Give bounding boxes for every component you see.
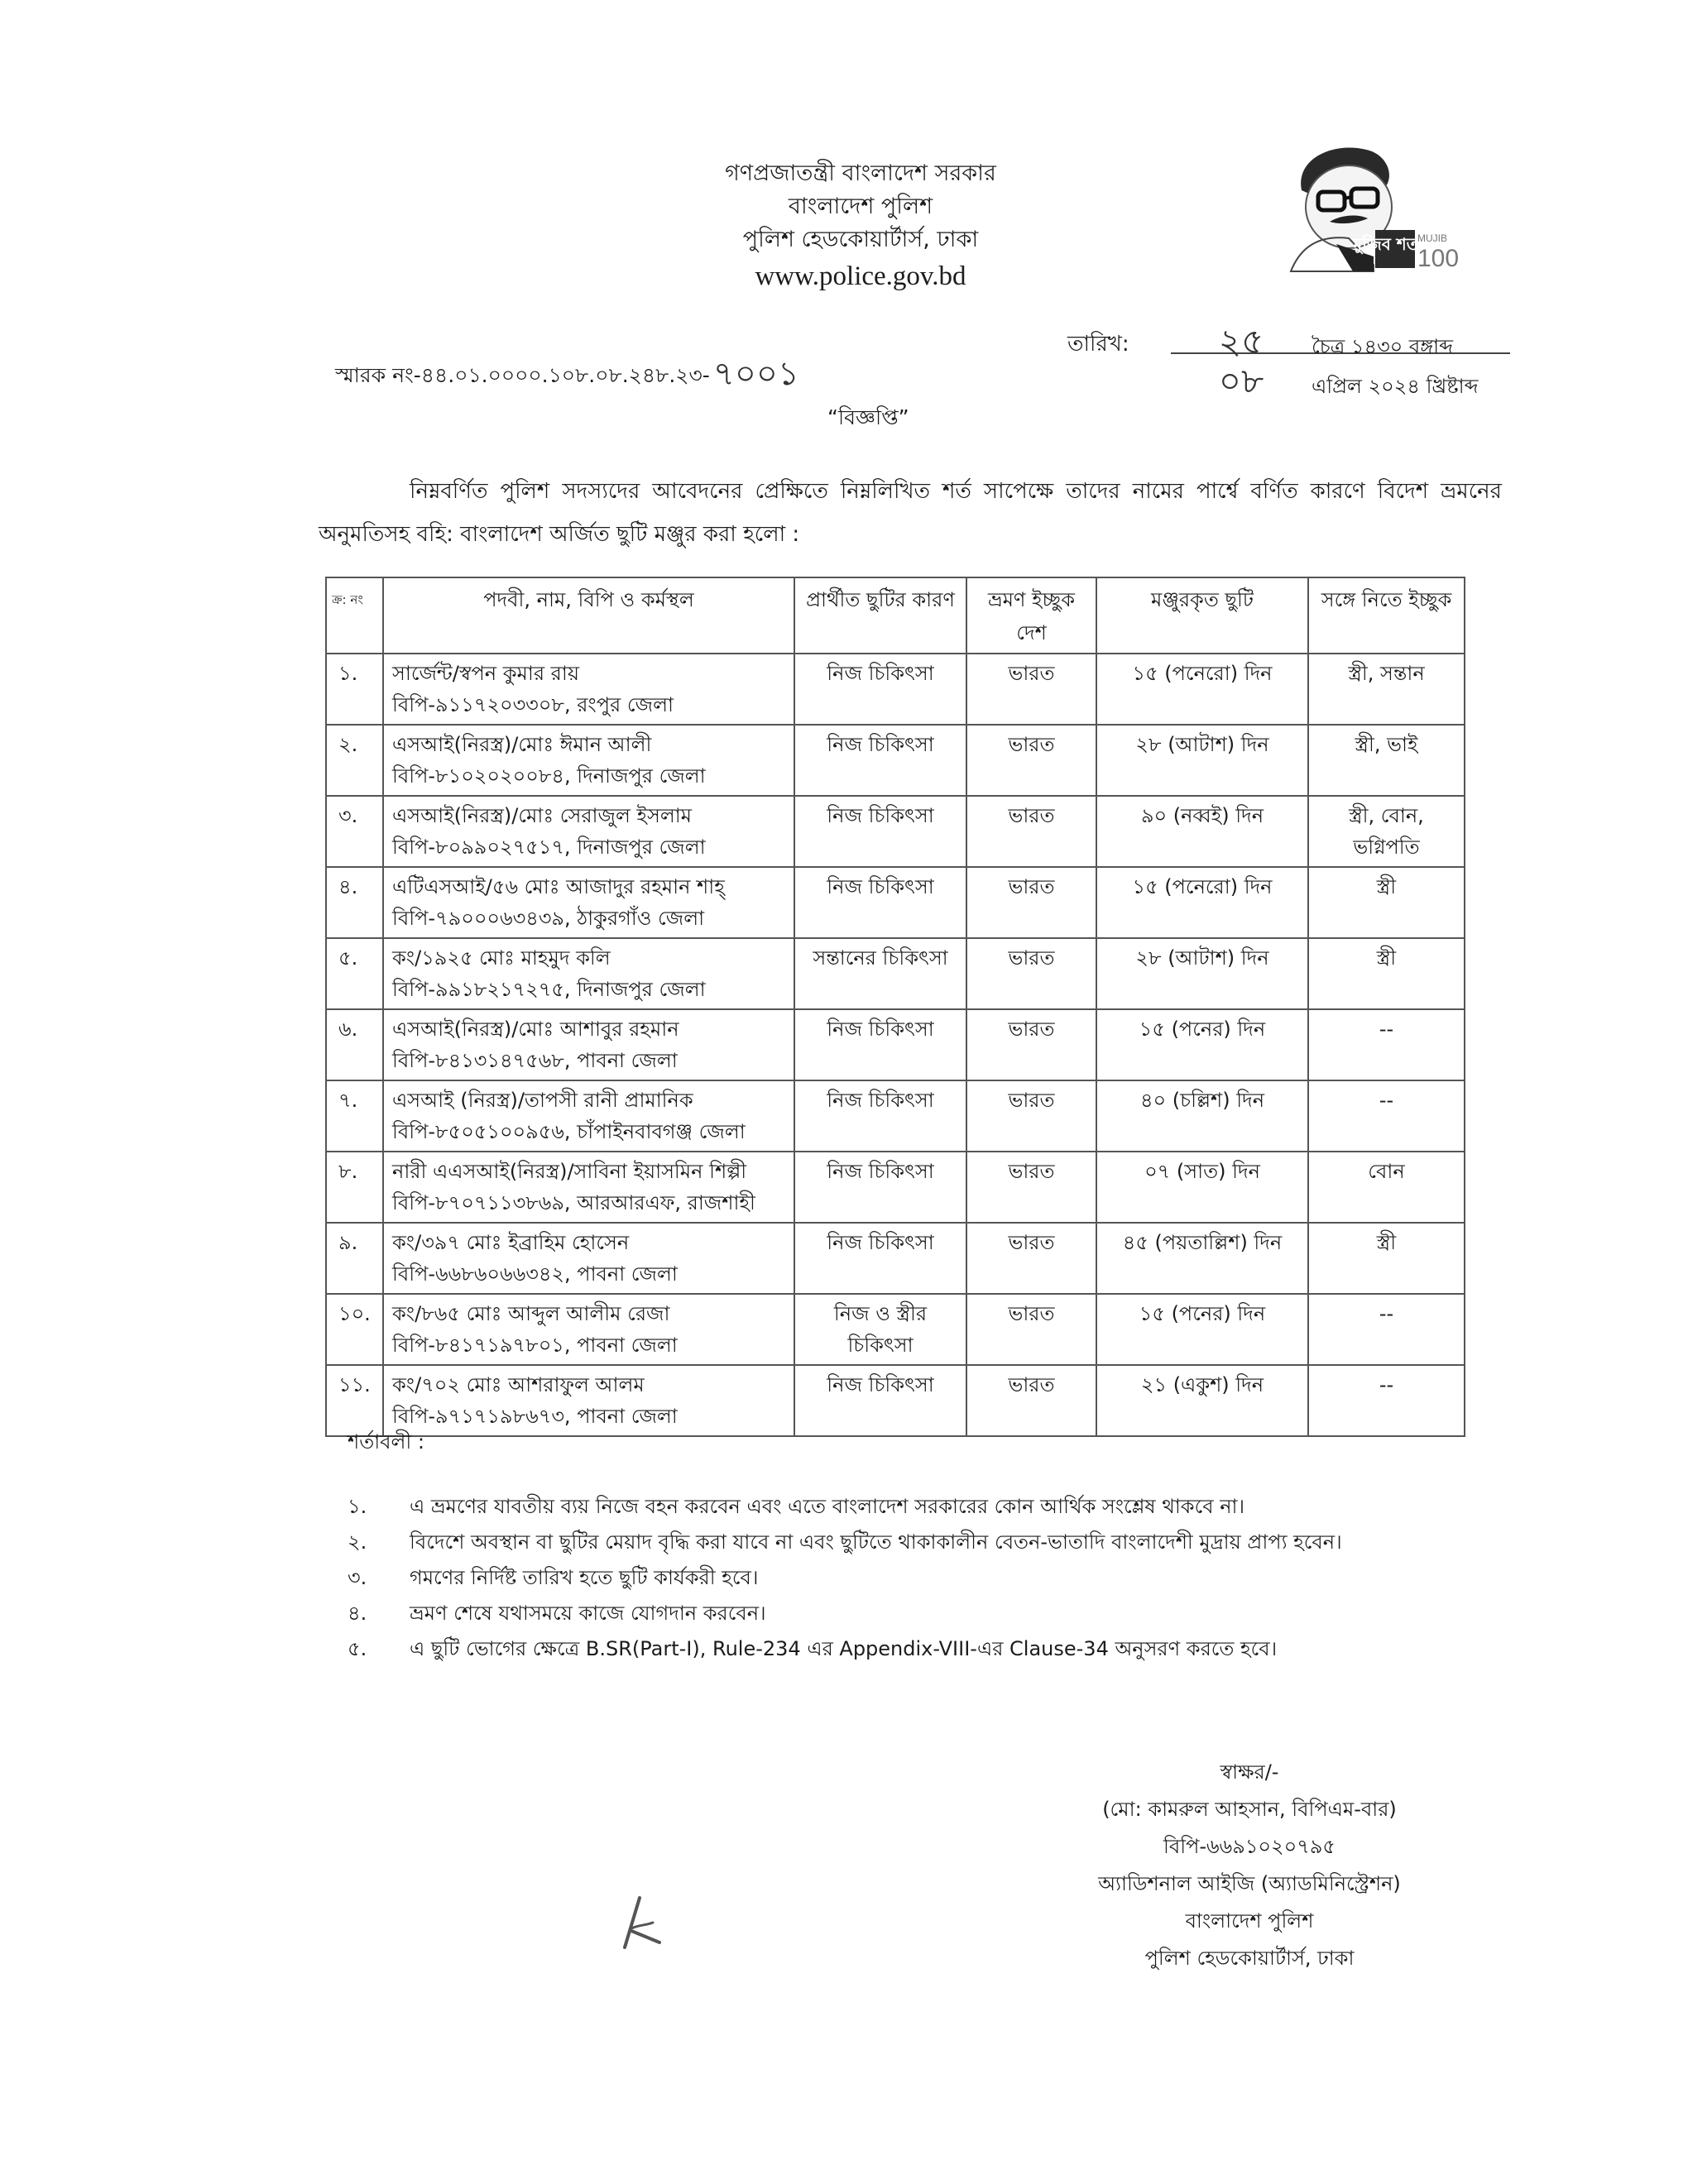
- leave-cell: ২১ (একুশ) দিন: [1096, 1365, 1308, 1436]
- bangla-date: চৈত্র ১৪৩০ বঙ্গাব্দ: [1312, 332, 1453, 365]
- condition-item: ৩.গমণের নির্দিষ্ট তারিখ হতে ছুটি কার্যকর…: [348, 1560, 1423, 1596]
- country-cell: ভারত: [966, 654, 1096, 725]
- member-bp-workplace: বিপি-৯১১৭২০৩৩০৮, রংপুর জেলা: [392, 689, 785, 721]
- member-bp-workplace: বিপি-৭৯০০০৬৩৪৩৯, ঠাকুরগাঁও জেলা: [392, 903, 785, 934]
- condition-number: ৩.: [348, 1560, 410, 1596]
- condition-number: ২.: [348, 1525, 410, 1560]
- condition-item: ৪.ভ্রমণ শেষে যথাসময়ে কাজে যোগদান করবেন।: [348, 1596, 1423, 1631]
- name-cell: সার্জেন্ট/স্বপন কুমার রায়বিপি-৯১১৭২০৩৩০…: [383, 654, 794, 725]
- condition-text: ভ্রমণ শেষে যথাসময়ে কাজে যোগদান করবেন।: [410, 1596, 766, 1631]
- serial-cell: ৫.: [326, 938, 383, 1009]
- member-bp-workplace: বিপি-৮৫০৫১০০৯৫৬, চাঁপাইনবাবগঞ্জ জেলা: [392, 1116, 785, 1147]
- companion-cell: স্ত্রী: [1308, 938, 1465, 1009]
- member-rank-name: এসআই(নিরস্ত্র)/মোঃ আশাবুর রহমান: [392, 1013, 785, 1045]
- leave-cell: ২৮ (আটাশ) দিন: [1096, 938, 1308, 1009]
- country-cell: ভারত: [966, 1009, 1096, 1080]
- companion-cell: স্ত্রী, সন্তান: [1308, 654, 1465, 725]
- table-row: ৬.এসআই(নিরস্ত্র)/মোঃ আশাবুর রহমানবিপি-৮৪…: [326, 1009, 1465, 1080]
- date-label: তারিখ:: [1067, 327, 1129, 363]
- conditions-title: শর্তাবলী :: [348, 1427, 424, 1460]
- reason-cell: নিজ ও স্ত্রীর চিকিৎসা: [794, 1294, 966, 1365]
- member-rank-name: নারী এএসআই(নিরস্ত্র)/সাবিনা ইয়াসমিন শিল…: [392, 1156, 785, 1187]
- signatory-office: পুলিশ হেডকোয়ার্টার্স, ঢাকা: [1067, 1940, 1431, 1977]
- name-cell: নারী এএসআই(নিরস্ত্র)/সাবিনা ইয়াসমিন শিল…: [383, 1152, 794, 1223]
- table-row: ৮.নারী এএসআই(নিরস্ত্র)/সাবিনা ইয়াসমিন শ…: [326, 1152, 1465, 1223]
- leave-cell: ১৫ (পনেরো) দিন: [1096, 654, 1308, 725]
- table-row: ৫.কং/১৯২৫ মোঃ মাহমুদ কলিবিপি-৯৯১৮২১৭২৭৫,…: [326, 938, 1465, 1009]
- leave-cell: ১৫ (পনের) দিন: [1096, 1294, 1308, 1365]
- name-cell: এটিএসআই/৫৬ মোঃ আজাদুর রহমান শাহ্বিপি-৭৯০…: [383, 867, 794, 938]
- serial-cell: ৬.: [326, 1009, 383, 1080]
- header-name: পদবী, নাম, বিপি ও কর্মস্থল: [383, 577, 794, 654]
- companion-cell: বোন: [1308, 1152, 1465, 1223]
- reason-cell: নিজ চিকিৎসা: [794, 1080, 966, 1152]
- english-day: ০৮: [1171, 354, 1312, 413]
- signatory-designation: অ্যাডিশনাল আইজি (অ্যাডমিনিস্ট্রেশন): [1067, 1865, 1431, 1903]
- handwritten-initial-icon: [616, 1894, 674, 1952]
- condition-item: ১.এ ভ্রমণের যাবতীয় ব্যয় নিজে বহন করবেন…: [348, 1489, 1423, 1525]
- serial-cell: ৯.: [326, 1223, 383, 1294]
- leave-cell: ৯০ (নব্বই) দিন: [1096, 796, 1308, 867]
- reason-cell: নিজ চিকিৎসা: [794, 1009, 966, 1080]
- memo-handwritten-number: ৭০০১: [713, 355, 799, 393]
- english-date: এপ্রিল ২০২৪ খ্রিষ্টাব্দ: [1312, 371, 1479, 405]
- member-bp-workplace: বিপি-৮১০২০২০০৮৪, দিনাজপুর জেলা: [392, 760, 785, 792]
- companion-cell: স্ত্রী: [1308, 1223, 1465, 1294]
- name-cell: এসআই(নিরস্ত্র)/মোঃ সেরাজুল ইসলামবিপি-৮০৯…: [383, 796, 794, 867]
- serial-cell: ৮.: [326, 1152, 383, 1223]
- member-bp-workplace: বিপি-৯৭১৭১৯৮৬৭৩, পাবনা জেলা: [392, 1401, 785, 1432]
- companion-cell: --: [1308, 1365, 1465, 1436]
- leave-cell: ১৫ (পনের) দিন: [1096, 1009, 1308, 1080]
- country-cell: ভারত: [966, 1294, 1096, 1365]
- signature-block: স্বাক্ষর/- (মো: কামরুল আহসান, বিপিএম-বার…: [1067, 1754, 1431, 1977]
- reason-cell: নিজ চিকিৎসা: [794, 867, 966, 938]
- mujib-100-logo-icon: মুজিব শতবর্ষ MUJIB 100: [1270, 141, 1469, 273]
- condition-text: বিদেশে অবস্থান বা ছুটির মেয়াদ বৃদ্ধি কর…: [410, 1525, 1342, 1560]
- country-cell: ভারত: [966, 1223, 1096, 1294]
- member-rank-name: এসআই(নিরস্ত্র)/মোঃ ঈমান আলী: [392, 729, 785, 760]
- companion-cell: --: [1308, 1009, 1465, 1080]
- condition-number: ৪.: [348, 1596, 410, 1631]
- table-row: ৭.এসআই (নিরস্ত্র)/তাপসী রানী প্রামানিকবি…: [326, 1080, 1465, 1152]
- table-row: ৩.এসআই(নিরস্ত্র)/মোঃ সেরাজুল ইসলামবিপি-৮…: [326, 796, 1465, 867]
- country-cell: ভারত: [966, 1365, 1096, 1436]
- govt-name: গণপ্রজাতন্ত্রী বাংলাদেশ সরকার: [579, 157, 1142, 190]
- memo-label: স্মারক নং-৪৪.০১.০০০০.১০৮.০৮.২৪৮.২৩-: [335, 363, 710, 387]
- signatory-org: বাংলাদেশ পুলিশ: [1067, 1903, 1431, 1940]
- member-rank-name: কং/৭০২ মোঃ আশরাফুল আলম: [392, 1369, 785, 1401]
- member-rank-name: সার্জেন্ট/স্বপন কুমার রায়: [392, 658, 785, 689]
- table-row: ৯.কং/৩৯৭ মোঃ ইব্রাহিম হোসেনবিপি-৬৬৮৬০৬৬৩…: [326, 1223, 1465, 1294]
- condition-number: ১.: [348, 1489, 410, 1525]
- serial-cell: ২.: [326, 725, 383, 796]
- letterhead: গণপ্রজাতন্ত্রী বাংলাদেশ সরকার বাংলাদেশ প…: [579, 157, 1142, 295]
- name-cell: কং/৩৯৭ মোঃ ইব্রাহিম হোসেনবিপি-৬৬৮৬০৬৬৩৪২…: [383, 1223, 794, 1294]
- signatory-bp: বিপি-৬৬৯১০২০৭৯৫: [1067, 1828, 1431, 1865]
- leave-cell: ৪৫ (পয়তাল্লিশ) দিন: [1096, 1223, 1308, 1294]
- leave-cell: ৪০ (চল্লিশ) দিন: [1096, 1080, 1308, 1152]
- name-cell: এসআই (নিরস্ত্র)/তাপসী রানী প্রামানিকবিপি…: [383, 1080, 794, 1152]
- companion-cell: স্ত্রী, বোন, ভগ্নিপতি: [1308, 796, 1465, 867]
- table-row: ৪.এটিএসআই/৫৬ মোঃ আজাদুর রহমান শাহ্বিপি-৭…: [326, 867, 1465, 938]
- country-cell: ভারত: [966, 1080, 1096, 1152]
- svg-text:MUJIB: MUJIB: [1417, 232, 1447, 244]
- country-cell: ভারত: [966, 938, 1096, 1009]
- member-rank-name: এসআই(নিরস্ত্র)/মোঃ সেরাজুল ইসলাম: [392, 800, 785, 831]
- office-name: পুলিশ হেডকোয়ার্টার্স, ঢাকা: [579, 223, 1142, 256]
- member-bp-workplace: বিপি-৮৭০৭১১৩৮৬৯, আরআরএফ, রাজশাহী: [392, 1187, 785, 1219]
- header-reason: প্রার্থীত ছুটির কারণ: [794, 577, 966, 654]
- table-row: ১০.কং/৮৬৫ মোঃ আব্দুল আলীম রেজাবিপি-৮৪১৭১…: [326, 1294, 1465, 1365]
- member-rank-name: কং/১৯২৫ মোঃ মাহমুদ কলি: [392, 942, 785, 974]
- reason-cell: নিজ চিকিৎসা: [794, 796, 966, 867]
- serial-cell: ১.: [326, 654, 383, 725]
- companion-cell: --: [1308, 1294, 1465, 1365]
- svg-text:100: 100: [1417, 245, 1459, 272]
- intro-paragraph: নিম্নবর্ণিত পুলিশ সদস্যদের আবেদনের প্রেক…: [319, 470, 1502, 556]
- name-cell: কং/১৯২৫ মোঃ মাহমুদ কলিবিপি-৯৯১৮২১৭২৭৫, দ…: [383, 938, 794, 1009]
- country-cell: ভারত: [966, 796, 1096, 867]
- reason-cell: নিজ চিকিৎসা: [794, 1365, 966, 1436]
- member-bp-workplace: বিপি-৮০৯৯০২৭৫১৭, দিনাজপুর জেলা: [392, 831, 785, 863]
- reason-cell: সন্তানের চিকিৎসা: [794, 938, 966, 1009]
- serial-cell: ৪.: [326, 867, 383, 938]
- table-row: ১১.কং/৭০২ মোঃ আশরাফুল আলমবিপি-৯৭১৭১৯৮৬৭৩…: [326, 1365, 1465, 1436]
- memo-number: স্মারক নং-৪৪.০১.০০০০.১০৮.০৮.২৪৮.২৩-৭০০১: [335, 347, 799, 403]
- leave-cell: ২৮ (আটাশ) দিন: [1096, 725, 1308, 796]
- condition-item: ২.বিদেশে অবস্থান বা ছুটির মেয়াদ বৃদ্ধি …: [348, 1525, 1423, 1560]
- country-cell: ভারত: [966, 1152, 1096, 1223]
- reason-cell: নিজ চিকিৎসা: [794, 1223, 966, 1294]
- name-cell: কং/৭০২ মোঃ আশরাফুল আলমবিপি-৯৭১৭১৯৮৬৭৩, প…: [383, 1365, 794, 1436]
- serial-cell: ১১.: [326, 1365, 383, 1436]
- member-rank-name: এটিএসআই/৫৬ মোঃ আজাদুর রহমান শাহ্: [392, 871, 785, 903]
- member-bp-workplace: বিপি-৯৯১৮২১৭২৭৫, দিনাজপুর জেলা: [392, 974, 785, 1005]
- signed-mark: স্বাক্ষর/-: [1067, 1754, 1431, 1791]
- serial-cell: ১০.: [326, 1294, 383, 1365]
- conditions-list: ১.এ ভ্রমণের যাবতীয় ব্যয় নিজে বহন করবেন…: [348, 1489, 1423, 1667]
- condition-text: গমণের নির্দিষ্ট তারিখ হতে ছুটি কার্যকরী …: [410, 1560, 758, 1596]
- serial-cell: ৭.: [326, 1080, 383, 1152]
- name-cell: এসআই(নিরস্ত্র)/মোঃ আশাবুর রহমানবিপি-৮৪১৩…: [383, 1009, 794, 1080]
- reason-cell: নিজ চিকিৎসা: [794, 1152, 966, 1223]
- notice-title: “বিজ্ঞপ্তি”: [827, 401, 909, 437]
- table-row: ২.এসআই(নিরস্ত্র)/মোঃ ঈমান আলীবিপি-৮১০২০২…: [326, 725, 1465, 796]
- member-bp-workplace: বিপি-৮৪১৩১৪৭৫৬৮, পাবনা জেলা: [392, 1045, 785, 1076]
- member-rank-name: কং/৩৯৭ মোঃ ইব্রাহিম হোসেন: [392, 1227, 785, 1258]
- companion-cell: স্ত্রী: [1308, 867, 1465, 938]
- leave-cell: ১৫ (পনেরো) দিন: [1096, 867, 1308, 938]
- companion-cell: --: [1308, 1080, 1465, 1152]
- member-rank-name: এসআই (নিরস্ত্র)/তাপসী রানী প্রামানিক: [392, 1085, 785, 1116]
- condition-item: ৫.এ ছুটি ভোগের ক্ষেত্রে B.SR(Part-I), Ru…: [348, 1631, 1423, 1667]
- header-serial: ক্র: নং: [326, 577, 383, 654]
- website-link[interactable]: www.police.gov.bd: [579, 258, 1142, 295]
- member-rank-name: কং/৮৬৫ মোঃ আব্দুল আলীম রেজা: [392, 1298, 785, 1329]
- member-bp-workplace: বিপি-৬৬৮৬০৬৬৩৪২, পাবনা জেলা: [392, 1258, 785, 1290]
- country-cell: ভারত: [966, 867, 1096, 938]
- condition-text: এ ছুটি ভোগের ক্ষেত্রে B.SR(Part-I), Rule…: [410, 1631, 1277, 1667]
- leave-cell: ০৭ (সাত) দিন: [1096, 1152, 1308, 1223]
- table-header-row: ক্র: নং পদবী, নাম, বিপি ও কর্মস্থল প্রার…: [326, 577, 1465, 654]
- table-row: ১.সার্জেন্ট/স্বপন কুমার রায়বিপি-৯১১৭২০৩…: [326, 654, 1465, 725]
- department-name: বাংলাদেশ পুলিশ: [579, 190, 1142, 223]
- leave-grant-table: ক্র: নং পদবী, নাম, বিপি ও কর্মস্থল প্রার…: [325, 577, 1465, 1437]
- name-cell: এসআই(নিরস্ত্র)/মোঃ ঈমান আলীবিপি-৮১০২০২০০…: [383, 725, 794, 796]
- name-cell: কং/৮৬৫ মোঃ আব্দুল আলীম রেজাবিপি-৮৪১৭১৯৭৮…: [383, 1294, 794, 1365]
- header-companion: সঙ্গে নিতে ইচ্ছুক: [1308, 577, 1465, 654]
- date-block: ২৫ চৈত্র ১৪৩০ বঙ্গাব্দ ০৮ এপ্রিল ২০২৪ খ্…: [1171, 314, 1510, 392]
- reason-cell: নিজ চিকিৎসা: [794, 725, 966, 796]
- signatory-name: (মো: কামরুল আহসান, বিপিএম-বার): [1067, 1791, 1431, 1828]
- condition-text: এ ভ্রমণের যাবতীয় ব্যয় নিজে বহন করবেন এ…: [410, 1489, 1244, 1525]
- header-leave: মঞ্জুরকৃত ছুটি: [1096, 577, 1308, 654]
- member-bp-workplace: বিপি-৮৪১৭১৯৭৮০১, পাবনা জেলা: [392, 1329, 785, 1361]
- serial-cell: ৩.: [326, 796, 383, 867]
- reason-cell: নিজ চিকিৎসা: [794, 654, 966, 725]
- companion-cell: স্ত্রী, ভাই: [1308, 725, 1465, 796]
- header-country: ভ্রমণ ইচ্ছুক দেশ: [966, 577, 1096, 654]
- condition-number: ৫.: [348, 1631, 410, 1667]
- country-cell: ভারত: [966, 725, 1096, 796]
